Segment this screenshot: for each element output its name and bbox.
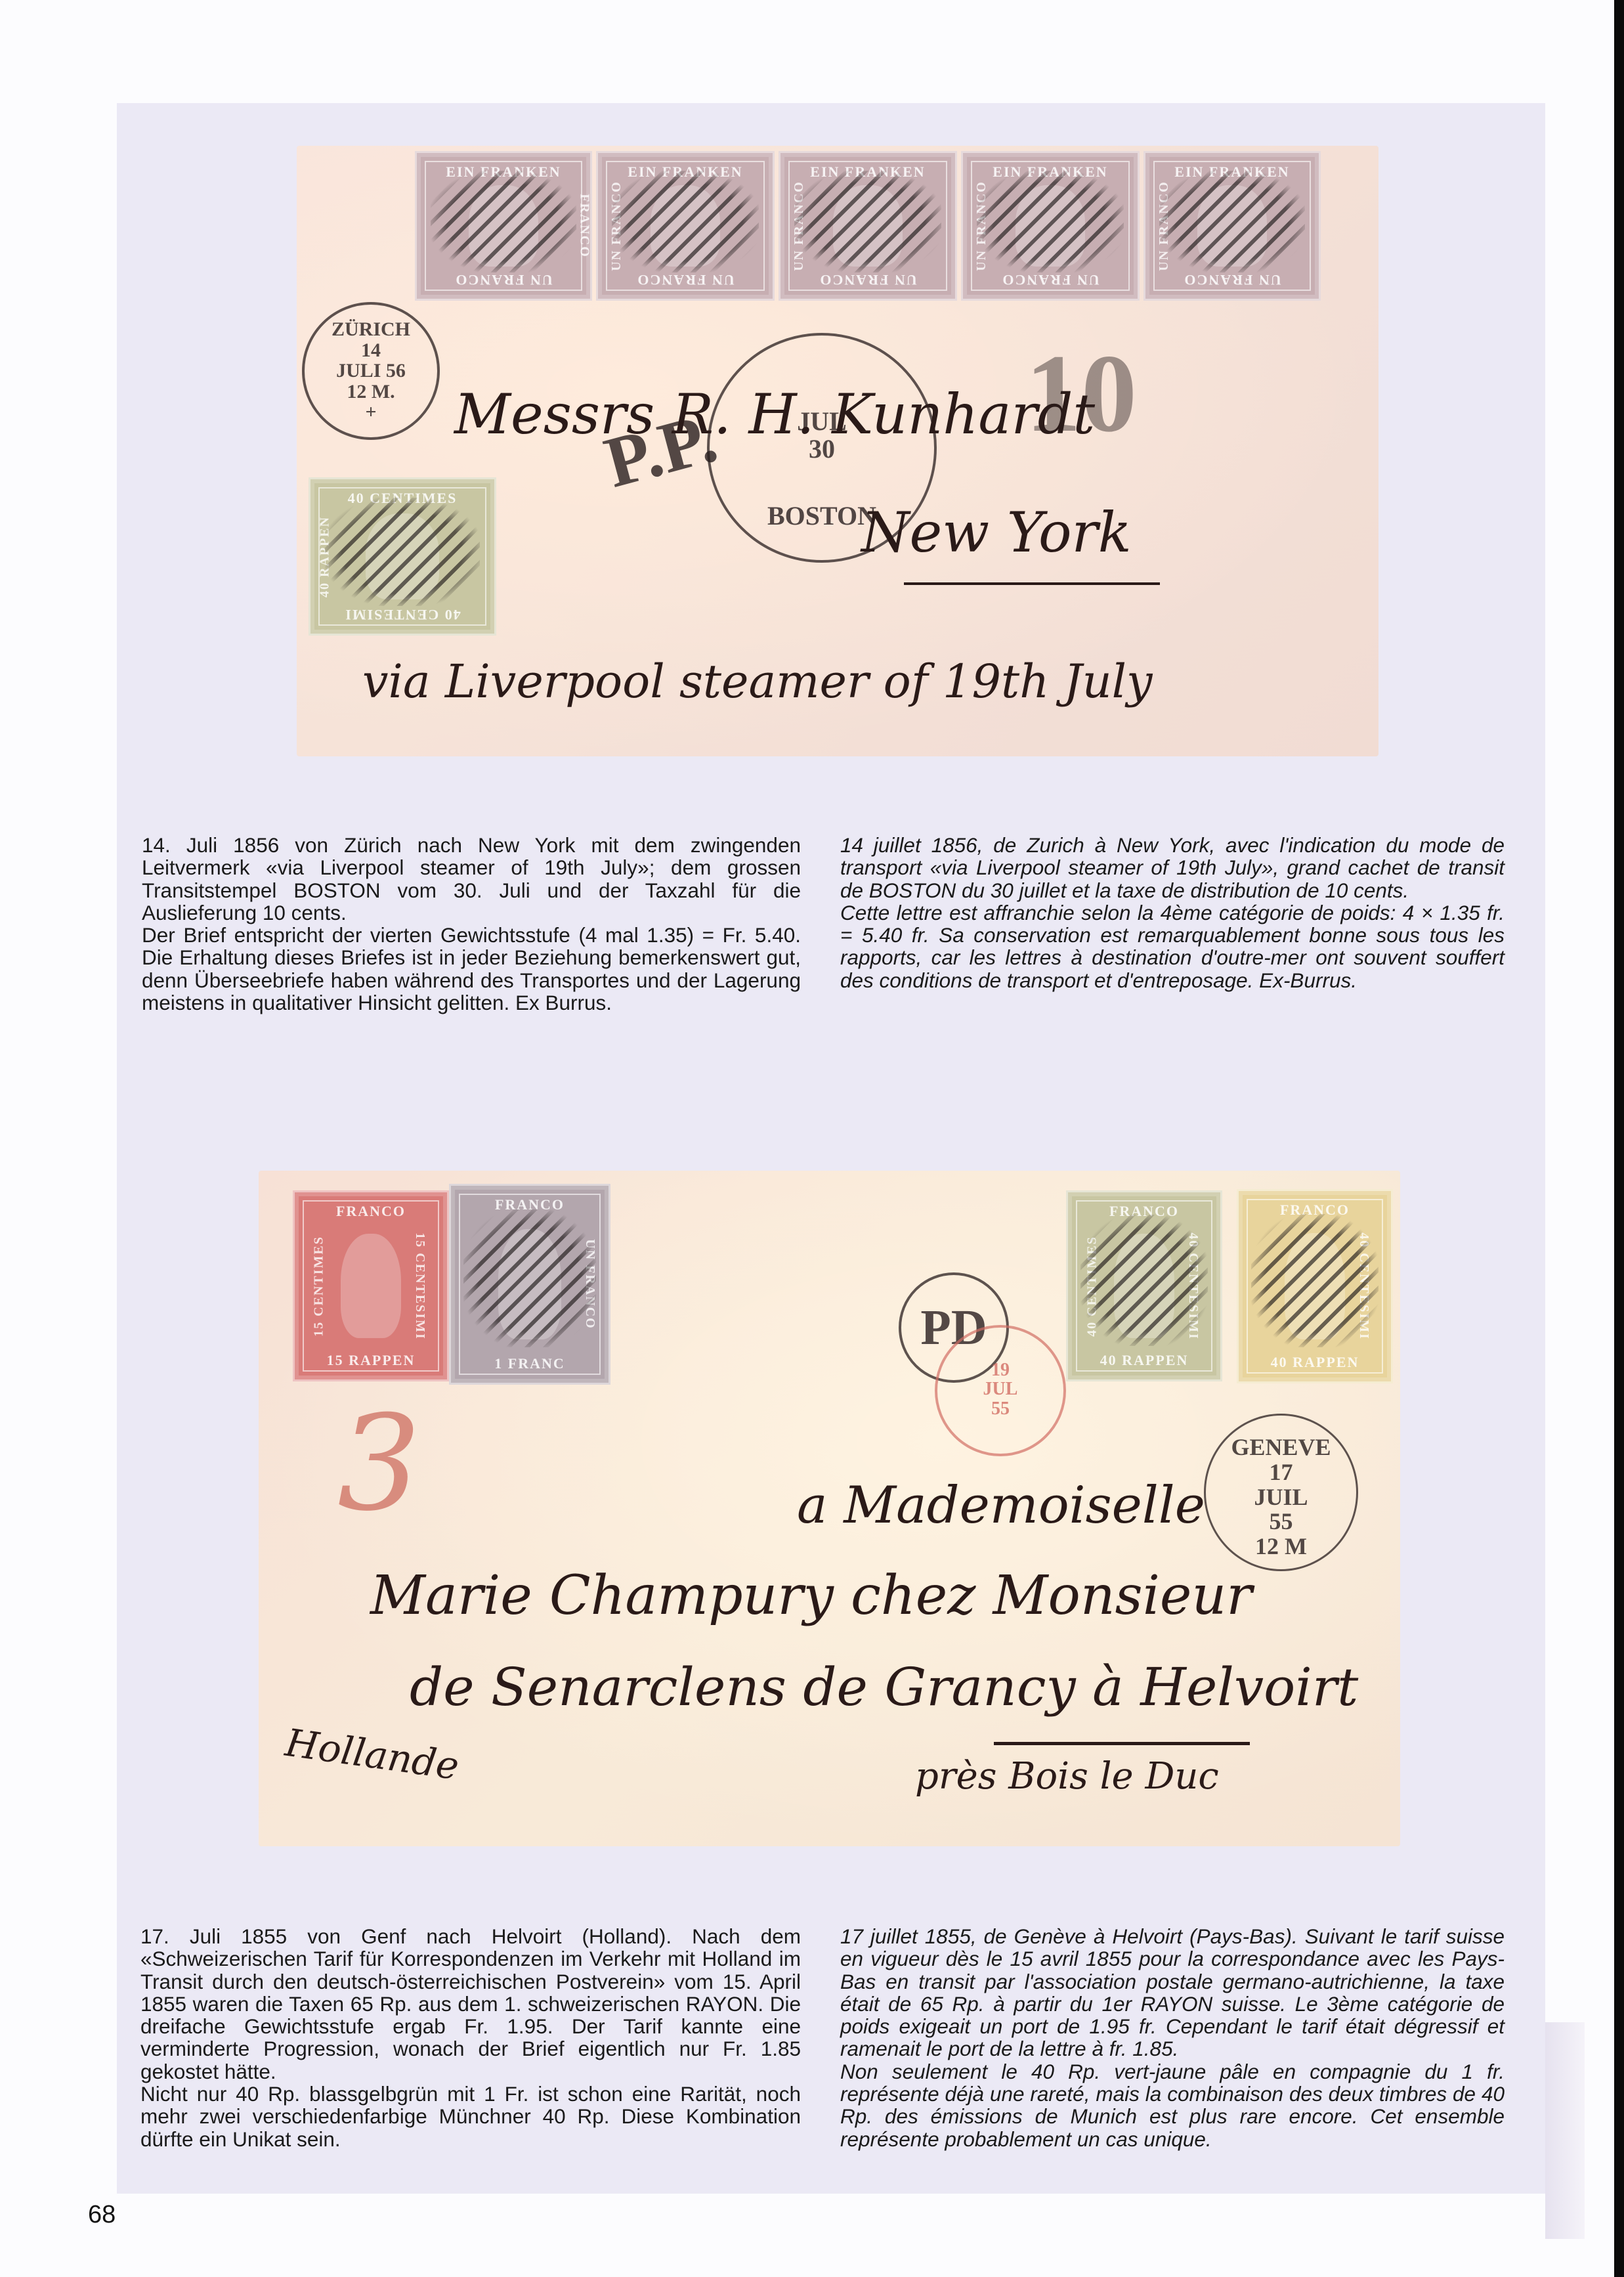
- scan-edge: [1614, 0, 1624, 2277]
- grid-cancel-mark: [463, 1209, 596, 1347]
- grid-cancel-mark: [612, 171, 758, 272]
- caption-cover1-german: 14. Juli 1856 von Zürich nach New York m…: [142, 834, 801, 1014]
- grid-cancel-mark: [977, 171, 1123, 272]
- handwritten-country: Hollande: [283, 1720, 462, 1789]
- handwritten-line1: a Mademoiselle: [797, 1476, 1205, 1535]
- cover-geneve-helvoirt-image: FRANCO 15 RAPPEN 15 CENTIMES 15 CENTESIM…: [259, 1171, 1400, 1846]
- zurich-postmark: ZÜRICH 14 JULI 56 12 M. +: [302, 302, 440, 440]
- stamp-40rp-munich-1: FRANCO 40 RAPPEN 40 CENTIMES 40 CENTESIM…: [1066, 1190, 1222, 1381]
- grid-cancel-mark: [794, 171, 941, 272]
- handwritten-addressee: Messrs R. H. Kunhardt: [454, 382, 1095, 446]
- grid-cancel-mark: [325, 498, 479, 606]
- handwritten-routing: via Liverpool steamer of 19th July: [362, 655, 1153, 708]
- geneve-postmark: GENEVE 17 JUIL 55 12 M: [1204, 1414, 1358, 1571]
- city-underline: [904, 582, 1160, 585]
- caption-cover2-german: 17. Juli 1855 von Genf nach Helvoirt (Ho…: [140, 1925, 801, 2150]
- handwritten-line3: de Senarclens de Grancy à Helvoirt: [410, 1657, 1358, 1718]
- stamp-1fr-1: EIN FRANKEN UN FRANCO FRANCO: [415, 151, 592, 301]
- grid-cancel-mark: [1159, 171, 1305, 272]
- grid-cancel-mark: [431, 171, 576, 272]
- stamp-1fr-4: EIN FRANKEN UN FRANCO UN FRANCO: [961, 151, 1140, 301]
- page-number: 68: [88, 2201, 116, 2229]
- stamp-1fr-5: EIN FRANKEN UN FRANCO UN FRANCO: [1143, 151, 1321, 301]
- stamp-1fr: FRANCO 1 FRANC UN FRANCO: [449, 1184, 610, 1385]
- red-tax-mark-3: 3: [337, 1387, 421, 1540]
- grid-cancel-mark: [1251, 1214, 1379, 1347]
- handwritten-line2: Marie Champury chez Monsieur: [370, 1565, 1252, 1627]
- grid-cancel-mark: [1080, 1215, 1208, 1346]
- caption-cover1-french: 14 juillet 1856, de Zurich à New York, a…: [840, 834, 1505, 991]
- stamp-40rp: 40 CENTIMES 40 CENTESIMI 40 RAPPEN: [309, 477, 496, 636]
- stamp-1fr-3: EIN FRANKEN UN FRANCO UN FRANCO: [779, 151, 957, 301]
- handwritten-city: New York: [861, 500, 1132, 565]
- panel-shadow: [1545, 2022, 1585, 2239]
- stamp-40rp-munich-2: FRANCO 40 RAPPEN 40 CENTESIMI: [1237, 1189, 1393, 1383]
- red-transit-postmark: 19 JUL 55: [935, 1325, 1066, 1456]
- stamp-15rp: FRANCO 15 RAPPEN 15 CENTIMES 15 CENTESIM…: [293, 1190, 449, 1381]
- cover-zurich-newyork-image: EIN FRANKEN UN FRANCO FRANCO EIN FRANKEN…: [297, 146, 1378, 756]
- helvoirt-wavy-underline: [994, 1742, 1250, 1745]
- caption-cover2-french: 17 juillet 1855, de Genève à Helvoirt (P…: [840, 1925, 1505, 2150]
- handwritten-line4: près Bois le Duc: [915, 1755, 1219, 1798]
- stamp-1fr-2: EIN FRANKEN UN FRANCO UN FRANCO: [596, 151, 775, 301]
